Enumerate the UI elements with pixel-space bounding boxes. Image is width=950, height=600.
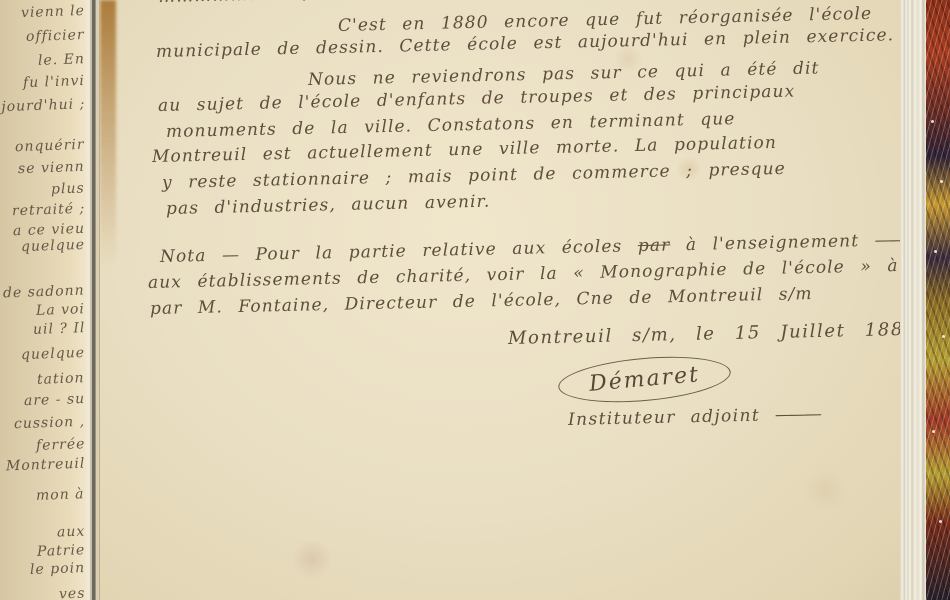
left-page-text-fragment: vienn le	[21, 3, 85, 21]
nota-text: Nota — Pour la partie relative aux école…	[160, 237, 623, 267]
left-page-text-fragment: fu l'invi	[23, 73, 85, 91]
marble-speck	[932, 430, 935, 433]
left-page-partial: vienn leofficierle. Enfu l'inviaujourd'h…	[0, 0, 88, 600]
left-page-text-fragment: se vienn	[18, 159, 85, 177]
left-page-text-fragment: de sadonn	[3, 283, 85, 302]
left-page-text-fragment: le poin	[30, 560, 86, 578]
marble-speck	[939, 520, 942, 523]
nota-text: à l'enseignement	[686, 231, 860, 255]
left-page-text-fragment: officier	[26, 27, 85, 45]
left-page-text-fragment: are - su	[24, 391, 86, 409]
dateline: Montreuil s/m, le 15 Juillet 1888	[508, 319, 902, 349]
left-page-text-fragment: La voi	[36, 301, 85, 319]
marble-speck	[934, 250, 937, 253]
signature: Démaret	[557, 355, 731, 404]
cropped-top-line: ……………………, du ……… .	[158, 0, 441, 7]
marbled-cover-edge	[926, 0, 950, 600]
left-page-text-fragment: plus	[51, 180, 85, 197]
marble-speck	[942, 335, 945, 338]
left-page-text-fragment: quelque	[21, 345, 86, 363]
left-page-text-fragment: uil ? Il	[32, 320, 85, 338]
manuscript-line: pas d'industries, aucun avenir.	[166, 192, 491, 219]
left-page-text-fragment: ferrée	[35, 436, 85, 454]
left-page-text-fragment: Montreuil	[5, 456, 85, 475]
marble-speck	[940, 180, 943, 183]
left-page-text-fragment: aujourd'hui ;	[0, 96, 85, 116]
ink-flourish: ———	[775, 404, 820, 425]
left-page-text-fragment: Patrie	[37, 542, 86, 560]
left-page-text-fragment: quelque	[21, 237, 86, 255]
struck-word: par	[638, 235, 671, 256]
left-page-text-fragment: mon à	[36, 486, 85, 504]
rust-stain	[100, 0, 116, 265]
left-page-text-fragment: ves	[58, 586, 85, 600]
manuscript-photo: vienn leofficierle. Enfu l'inviaujourd'h…	[0, 0, 950, 600]
left-page-text-fragment: tation	[37, 370, 85, 388]
signature-role: Instituteur adjoint ———	[568, 404, 820, 430]
marble-speck	[931, 120, 934, 123]
left-page-text-fragment: cussion ,	[14, 414, 86, 432]
signature-oval-flourish: Démaret	[556, 351, 732, 409]
role-text: Instituteur adjoint	[568, 406, 761, 430]
main-manuscript-page: ……………………, du ……… . C'est en 1880 encore …	[100, 0, 902, 600]
signature-name: Démaret	[588, 362, 701, 397]
left-page-text-fragment: aux	[56, 524, 85, 541]
left-page-text-fragment: onquérir	[15, 137, 85, 155]
left-page-text-fragment: retraité ;	[12, 201, 86, 220]
left-page-text-fragment: le. En	[38, 51, 85, 69]
paper-stain	[800, 470, 850, 510]
page-edges	[900, 0, 926, 600]
ink-flourish: ———	[874, 230, 902, 251]
paper-stain	[290, 540, 334, 578]
